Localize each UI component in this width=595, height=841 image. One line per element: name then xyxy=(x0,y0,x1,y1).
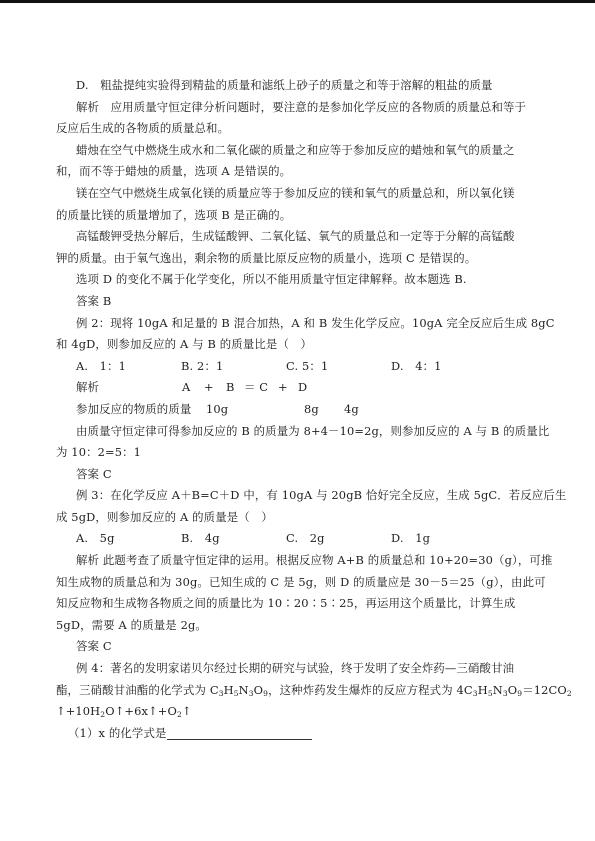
reaction-equation-rhs: ↑+10H2O↑+6x↑+O2↑ xyxy=(56,701,536,723)
example-2-calc-cont: 为 10：2=5：1 xyxy=(56,442,536,464)
kmno4-paragraph: 高锰酸钾受热分解后，生成锰酸钾、二氧化锰、氧气的质量总和一定等于分解的高锰酸 xyxy=(56,226,536,248)
option-c: C. 5：1 xyxy=(286,356,391,378)
eq-term-a: A xyxy=(182,377,204,399)
example-4-question: 例 4：著名的发明家诺贝尔经过长期的研究与试验，终于发明了安全炸药—三硝酸甘油 xyxy=(56,658,536,680)
option-c: C. 2g xyxy=(286,528,391,550)
example-3-question-cont: 成 5gD，则参加反应的 A 的质量是（ ） xyxy=(56,507,536,529)
example-2-question-cont: 和 4gD，则参加反应的 A 与 B 的质量比是（ ） xyxy=(56,334,536,356)
eq-term-b: B xyxy=(226,377,244,399)
example-3-analysis-cont-2: 知反应物和生成物各物质之间的质量比为 10∶20∶5∶25，再运用这个质量比，计… xyxy=(56,593,536,615)
answer-2: 答案 C xyxy=(56,464,536,486)
magnesium-paragraph: 镁在空气中燃烧生成氧化镁的质量应等于参加反应的镁和氧气的质量总和，所以氧化镁 xyxy=(56,183,536,205)
option-d-text: D. 粗盐提纯实验得到精盐的质量和滤纸上砂子的质量之和等于溶解的粗盐的质量 xyxy=(56,75,536,97)
question-1-label: （1）x 的化学式是 xyxy=(68,726,167,740)
candle-paragraph: 蜡烛在空气中燃烧生成水和二氧化碳的质量之和应等于参加反应的蜡烛和氧气的质量之 xyxy=(56,140,536,162)
rhs-part-2: O↑+6x↑+O xyxy=(105,704,177,718)
option-a: A. 1：1 xyxy=(76,356,181,378)
nitroglycerin-formula: C3H5N3O9 xyxy=(210,683,268,697)
example-2-options: A. 1：1 B. 2：1 C. 5：1 D. 4：1 xyxy=(56,356,536,378)
rhs-part-3: ↑ xyxy=(182,704,192,718)
option-b: B. 4g xyxy=(181,528,286,550)
mass-d: 4g xyxy=(344,399,359,421)
option-d: D. 4：1 xyxy=(391,356,442,378)
mass-c: 8g xyxy=(304,399,344,421)
formula-mid: ，这种炸药发生爆炸的反应方程式为 xyxy=(268,683,456,697)
example-4-formula-line: 酯，三硝酸甘油酯的化学式为 C3H5N3O9，这种炸药发生爆炸的反应方程式为 4… xyxy=(56,680,536,702)
page-top-border xyxy=(0,0,595,3)
candle-paragraph-cont: 和，而不等于蜡烛的质量，选项 A 是错误的。 xyxy=(56,161,536,183)
example-3-analysis: 解析 此题考查了质量守恒定律的运用。根据反应物 A+B 的质量总和 10+20=… xyxy=(56,550,536,572)
document-page: D. 粗盐提纯实验得到精盐的质量和滤纸上砂子的质量之和等于溶解的粗盐的质量 解析… xyxy=(56,75,536,744)
magnesium-paragraph-cont: 的质量比镁的质量增加了，选项 B 是正确的。 xyxy=(56,205,536,227)
analysis-paragraph-cont: 反应后生成的各物质的质量总和。 xyxy=(56,118,536,140)
kmno4-paragraph-cont: 钾的质量。由于氧气逸出，剩余物的质量比原反应物的质量小，选项 C 是错误的。 xyxy=(56,248,536,270)
example-3-question: 例 3：在化学反应 A＋B=C＋D 中，有 10gA 与 20gB 恰好完全反应… xyxy=(56,485,536,507)
example-2-equation: 解析A+B＝ C+D xyxy=(56,377,536,399)
option-a: A. 5g xyxy=(76,528,181,550)
reaction-equation-lhs: 4C3H5N3O9＝12CO2 xyxy=(457,683,572,697)
example-3-options: A. 5g B. 4g C. 2g D. 1g xyxy=(56,528,536,550)
answer-3: 答案 C xyxy=(56,636,536,658)
mass-label: 参加反应的物质的质量 xyxy=(76,399,206,421)
eq-plus-2: + xyxy=(278,377,298,399)
option-b: B. 2：1 xyxy=(181,356,286,378)
example-2-question: 例 2：现将 10gA 和足量的 B 混合加热，A 和 B 发生化学反应。10g… xyxy=(56,313,536,335)
question-1: （1）x 的化学式是 xyxy=(56,723,536,745)
formula-intro: 酯，三硝酸甘油酯的化学式为 xyxy=(56,683,210,697)
eq-plus: + xyxy=(204,377,226,399)
eq-term-d: D xyxy=(298,377,307,399)
eq-equals-c: ＝ C xyxy=(244,377,278,399)
example-2-calc: 由质量守恒定律可得参加反应的 B 的质量为 8+4－10=2g，则参加反应的 A… xyxy=(56,421,536,443)
answer-1: 答案 B xyxy=(56,291,536,313)
example-3-analysis-cont-3: 5gD，需要 A 的质量是 2g。 xyxy=(56,615,536,637)
equation-label: 解析 xyxy=(76,377,182,399)
analysis-paragraph: 解析 应用质量守恒定律分析问题时，要注意的是参加化学反应的各物质的质量总和等于 xyxy=(56,97,536,119)
option-d-explanation: 选项 D 的变化不属于化学变化，所以不能用质量守恒定律解释。故本题选 B. xyxy=(56,269,536,291)
answer-blank[interactable] xyxy=(167,726,312,740)
option-d: D. 1g xyxy=(391,528,430,550)
rhs-part-1: ↑+10H xyxy=(56,704,100,718)
example-2-masses: 参加反应的物质的质量10g8g4g xyxy=(56,399,536,421)
mass-a: 10g xyxy=(206,399,304,421)
example-3-analysis-cont-1: 知生成物的质量总和为 30g。已知生成的 C 是 5g，则 D 的质量应是 30… xyxy=(56,572,536,594)
